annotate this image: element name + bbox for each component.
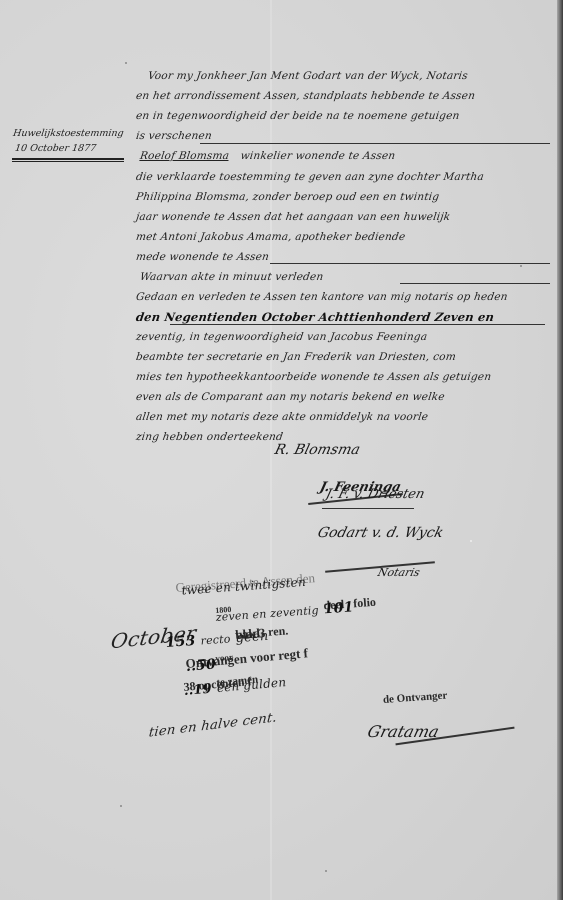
stamp-line-2: 1800 zeven en zeventig deel 101 folio xyxy=(215,596,354,625)
consent-line-1: die verklaarde toestemming te geven aan … xyxy=(135,171,485,183)
registration-stamp: Geregistreerd te Assen den twee en twint… xyxy=(175,571,306,600)
stamp-voor: voor xyxy=(215,652,233,663)
consent-line-3: jaar wonende te Assen dat het aangaan va… xyxy=(135,211,451,223)
closing-line-2: Gedaan en verleden te Assen ten kantore … xyxy=(135,291,508,303)
margin-annotation: Huwelijkstoestemming 10 October 1877 xyxy=(10,126,125,156)
reg-opcenten-hand: ..19 xyxy=(183,682,212,699)
reg-blad-hand: geen xyxy=(235,629,269,646)
body-line-2: en het arrondissement Assen, standplaats… xyxy=(135,90,476,102)
body-line-1: Voor my Jonkheer Jan Ment Godart van der… xyxy=(147,70,468,82)
scan-speck xyxy=(520,265,522,267)
closing-line-7: even als de Comparant aan my notaris bek… xyxy=(135,391,445,403)
fill-line xyxy=(270,263,550,264)
paper-fold xyxy=(270,0,272,900)
reg-regt-hand: ..50 xyxy=(185,656,216,675)
closing-line-3-date: den Negentienden October Achttienhonderd… xyxy=(135,310,495,324)
signature-witness-2: J. F. v. Driesten xyxy=(324,487,426,502)
fill-line xyxy=(200,143,550,144)
stamp-line-4: Ontvangen voor regt f ..50 voor xyxy=(185,653,217,675)
document-page: Huwelijkstoestemming 10 October 1877 Voo… xyxy=(0,0,557,900)
body-line-3: en in tegenwoordigheid der beide na te n… xyxy=(135,110,460,122)
date-underline xyxy=(170,324,545,325)
stamp-ren: ren. xyxy=(268,623,289,639)
margin-note-date: 10 October 1877 xyxy=(10,141,123,156)
closing-line-1: Waarvan akte in minuut verleden xyxy=(139,271,324,283)
scan-edge xyxy=(557,0,563,900)
margin-underline-2 xyxy=(12,161,124,162)
signature-notary: Godart v. d. Wyck xyxy=(316,525,445,541)
appearer-occupation: winkelier wonende te Assen xyxy=(240,150,396,162)
reg-total-hand-2: tien en halve cent. xyxy=(148,710,277,740)
closing-line-9: zing hebben onderteekend xyxy=(135,431,284,443)
closing-line-8: allen met my notaris deze akte onmiddely… xyxy=(135,411,429,423)
consent-line-4: met Antoni Jakobus Amama, apotheker bedi… xyxy=(135,231,406,243)
scan-speck xyxy=(470,540,472,542)
scan-speck xyxy=(325,870,327,872)
reg-volume-hand: 101 xyxy=(323,599,354,617)
margin-underline xyxy=(12,158,124,160)
reg-recto-hand: recto xyxy=(200,632,231,647)
consent-line-2: Philippina Blomsma, zonder beroep oud ee… xyxy=(135,191,440,203)
closing-line-5: beambte ter secretarie en Jan Frederik v… xyxy=(135,351,457,363)
closing-line-6: mies ten hypotheekkantoorbeide wonende t… xyxy=(135,371,492,383)
closing-line-4: zeventig, in tegenwoordigheid van Jacobu… xyxy=(135,331,428,343)
appearer-line: Roelof Blomsma winkelier wonende te Asse… xyxy=(139,150,396,162)
consent-line-5: mede wonende te Assen xyxy=(135,251,270,263)
scan-speck xyxy=(120,805,122,807)
body-line-4: is verschenen xyxy=(135,130,213,142)
fill-line xyxy=(400,283,550,284)
scan-speck xyxy=(125,62,127,64)
appearer-name: Roelof Blomsma xyxy=(139,150,230,162)
stamp-ontvanger: de Ontvanger xyxy=(383,690,448,706)
notary-title: Notaris xyxy=(376,566,421,579)
margin-note-subject: Huwelijkstoestemming xyxy=(12,126,125,141)
reg-page-hand: 153 xyxy=(165,633,196,651)
stamp-folio: folio xyxy=(353,595,377,612)
signature-underline xyxy=(322,508,414,509)
signature-appearer: R. Blomsma xyxy=(273,442,362,458)
